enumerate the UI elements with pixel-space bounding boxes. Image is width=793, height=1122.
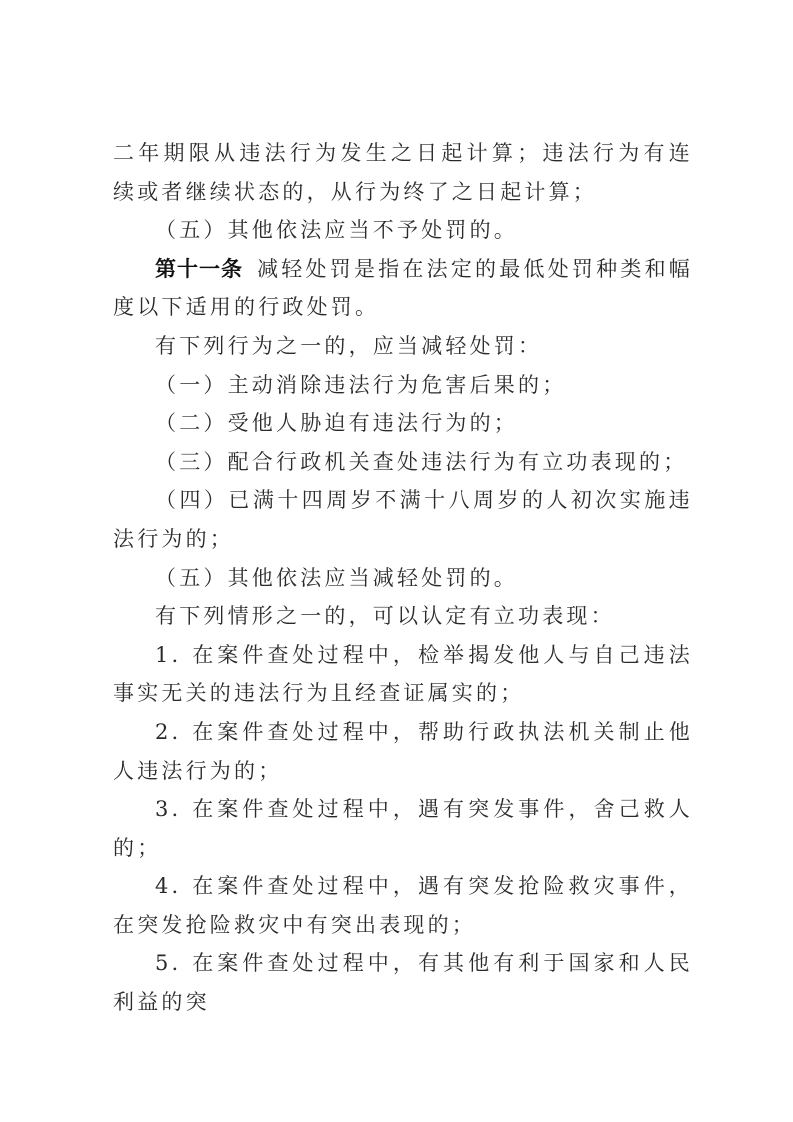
paragraph-merit-intro: 有下列情形之一的，可以认定有立功表现： bbox=[113, 597, 693, 636]
paragraph-merit-item-4: 4. 在案件查处过程中，遇有突发抢险救灾事件，在突发抢险救灾中有突出表现的； bbox=[113, 867, 693, 944]
paragraph-reduced-item-2: （二）受他人胁迫有违法行为的； bbox=[113, 404, 693, 443]
paragraph-reduced-item-5: （五）其他依法应当减轻处罚的。 bbox=[113, 559, 693, 598]
paragraph-reduced-item-3: （三）配合行政机关查处违法行为有立功表现的； bbox=[113, 443, 693, 482]
paragraph-merit-item-2: 2. 在案件查处过程中，帮助行政执法机关制止他人违法行为的； bbox=[113, 713, 693, 790]
paragraph-item-5-no-penalty: （五）其他依法应当不予处罚的。 bbox=[113, 211, 693, 250]
paragraph-merit-item-3: 3. 在案件查处过程中，遇有突发事件，舍己救人的； bbox=[113, 790, 693, 867]
paragraph-merit-item-5: 5. 在案件查处过程中，有其他有利于国家和人民利益的突 bbox=[113, 944, 693, 1021]
document-page: 二年期限从违法行为发生之日起计算；违法行为有连续或者继续状态的，从行为终了之日起… bbox=[113, 134, 693, 1022]
article-11-paragraph: 第十一条减轻处罚是指在法定的最低处罚种类和幅度以下适用的行政处罚。 bbox=[113, 250, 693, 327]
paragraph-reduced-intro: 有下列行为之一的，应当减轻处罚： bbox=[113, 327, 693, 366]
paragraph-reduced-item-4: （四）已满十四周岁不满十八周岁的人初次实施违法行为的； bbox=[113, 481, 693, 558]
article-heading: 第十一条 bbox=[155, 256, 243, 281]
paragraph-reduced-item-1: （一）主动消除违法行为危害后果的； bbox=[113, 366, 693, 405]
paragraph-merit-item-1: 1. 在案件查处过程中，检举揭发他人与自己违法事实无关的违法行为且经查证属实的； bbox=[113, 636, 693, 713]
paragraph-continuation: 二年期限从违法行为发生之日起计算；违法行为有连续或者继续状态的，从行为终了之日起… bbox=[113, 134, 693, 211]
